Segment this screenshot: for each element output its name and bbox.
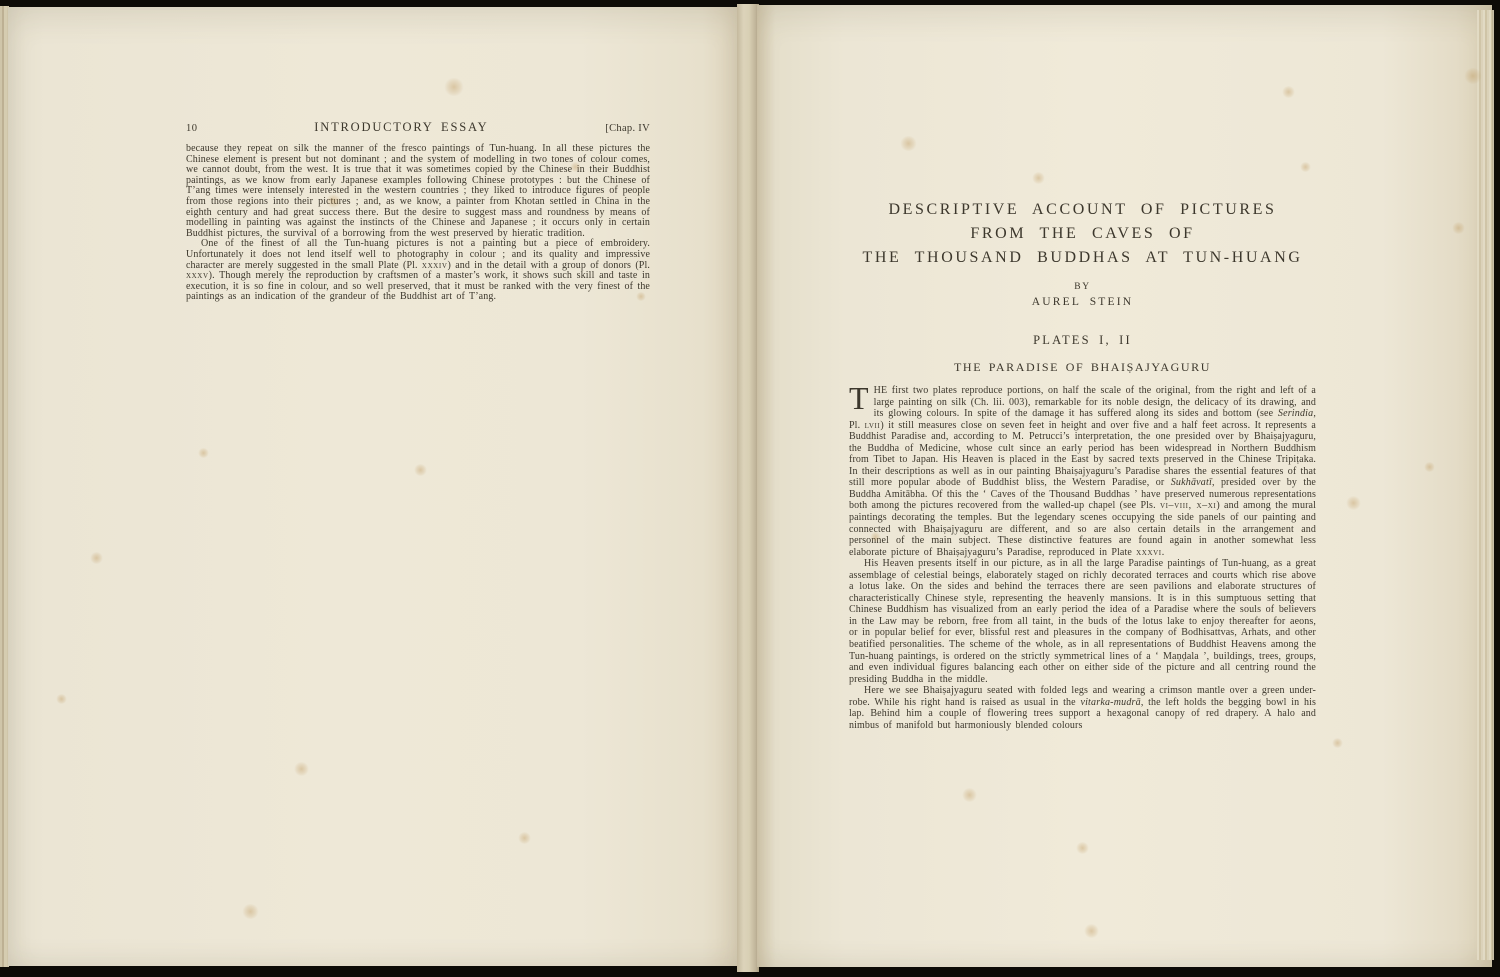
plates-heading: PLATES I, II [849, 333, 1316, 348]
left-paragraph: because they repeat on silk the manner o… [186, 144, 650, 239]
book-scan-photo: 10 INTRODUCTORY ESSAY [Chap. IV because … [0, 0, 1500, 977]
section-title-line: DESCRIPTIVE ACCOUNT OF PICTURES [849, 198, 1316, 222]
right-paragraph: THE first two plates reproduce portions,… [849, 385, 1316, 558]
left-page: 10 INTRODUCTORY ESSAY [Chap. IV because … [8, 7, 739, 966]
right-text-column: DESCRIPTIVE ACCOUNT OF PICTURES FROM THE… [849, 5, 1316, 731]
section-title-line: THE THOUSAND BUDDHAS AT TUN-HUANG [849, 246, 1316, 270]
drop-cap: T [849, 385, 874, 411]
paragraph-text: HE first two plates reproduce portions, … [849, 385, 1316, 558]
chapter-header: [Chap. IV [605, 123, 650, 134]
author-name: AUREL STEIN [849, 296, 1316, 308]
byline-label: BY [849, 282, 1316, 292]
right-paragraph: Here we see Bhaiṣajyaguru seated with fo… [849, 685, 1316, 731]
right-page: DESCRIPTIVE ACCOUNT OF PICTURES FROM THE… [757, 5, 1492, 967]
right-paragraph: His Heaven presents itself in our pictur… [849, 558, 1316, 685]
paradise-heading: THE PARADISE OF BHAIṢAJYAGURU [849, 360, 1316, 375]
section-title-line: FROM THE CAVES OF [849, 222, 1316, 246]
left-paragraph: One of the finest of all the Tun-huang p… [186, 239, 650, 303]
left-text-column: 10 INTRODUCTORY ESSAY [Chap. IV because … [186, 7, 650, 303]
running-header: INTRODUCTORY ESSAY [314, 120, 488, 135]
page-number: 10 [186, 123, 198, 134]
left-page-header: 10 INTRODUCTORY ESSAY [Chap. IV [186, 120, 650, 135]
book-gutter [737, 4, 759, 972]
right-page-edges [1477, 10, 1494, 960]
section-title: DESCRIPTIVE ACCOUNT OF PICTURES FROM THE… [849, 198, 1316, 270]
